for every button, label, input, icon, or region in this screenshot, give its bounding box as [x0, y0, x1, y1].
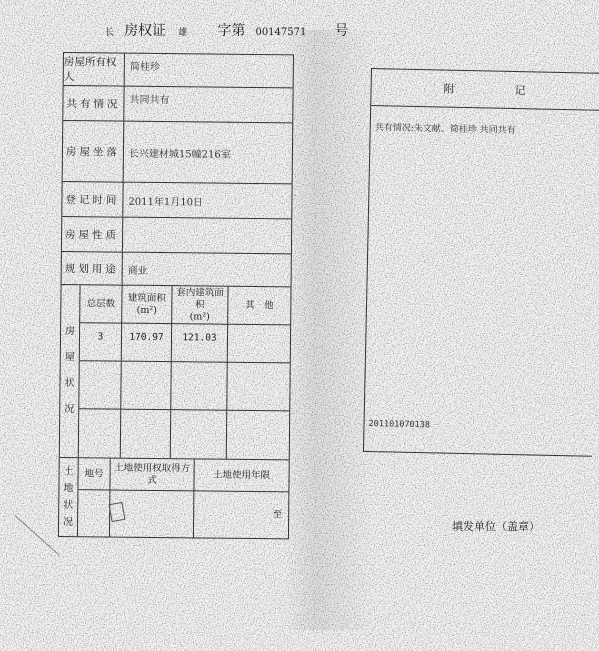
- register-table: 房屋所有权人 简桂珍 共有情况 共同共有 房屋坐落 长兴建材城15幢216室 登…: [58, 52, 294, 539]
- property-nature-value: [123, 218, 291, 254]
- row-planned-use: 规划用途 商业: [62, 252, 291, 287]
- registration-date-value: 2011年1月10日: [123, 183, 291, 219]
- col-land-number: 地号: [78, 458, 110, 490]
- house-status-label: 房 屋 状 况: [60, 285, 81, 457]
- scan-fold-shadow: [285, 30, 375, 630]
- issuer-label: 填发单位（盖章）: [452, 518, 540, 534]
- certificate-number: 00147571: [255, 27, 306, 38]
- col-total-floors: 总层数: [80, 285, 122, 323]
- planned-use-label: 规划用途: [62, 252, 123, 285]
- empty-cell: [227, 411, 289, 460]
- row-property-nature: 房屋性质: [62, 217, 291, 254]
- owner-label: 房屋所有权人: [64, 53, 125, 86]
- land-term-value: 至: [194, 491, 288, 538]
- building-area-value: 170.97: [122, 324, 172, 363]
- header-title: 房权证: [124, 23, 166, 39]
- owner-value: 简桂珍: [125, 54, 293, 88]
- total-floors-value: 3: [80, 323, 122, 361]
- annotation-box: 附 记 共有情况:朱文献、简桂珍 共同共有 201101070138: [363, 68, 599, 457]
- header-number-label: 字第: [217, 23, 245, 39]
- col-inner-area: 套内建筑面积 (m²): [172, 286, 228, 325]
- annotation-header: 附 记: [371, 69, 599, 111]
- property-nature-label: 房屋性质: [62, 217, 123, 252]
- land-status-grid: 地号 土地使用权取得方式 土地使用年限 至: [78, 458, 289, 538]
- col-other: 其 他: [228, 287, 290, 326]
- col-building-area: 建筑面积 (m²): [122, 286, 172, 325]
- empty-cell: [79, 409, 122, 457]
- inner-area-value: 121.03: [172, 324, 228, 363]
- empty-cell: [171, 410, 227, 459]
- scan-mark: [15, 515, 60, 556]
- header-suffix: 号: [335, 23, 349, 39]
- empty-cell: [227, 363, 289, 412]
- location-label: 房屋坐落: [63, 121, 125, 182]
- empty-cell: [121, 362, 171, 411]
- row-co-ownership: 共有情况 共同共有: [63, 86, 292, 123]
- annotation-title-left: 附: [443, 81, 454, 97]
- land-number-value: [78, 490, 110, 536]
- annotation-note: 共有情况:朱文献、简桂珍 共同共有: [371, 106, 599, 138]
- row-owner: 房屋所有权人 简桂珍: [64, 53, 293, 88]
- certificate-header: 长 房权证 雄 字第00147571 号: [105, 20, 349, 40]
- planned-use-value: 商业: [123, 253, 291, 287]
- co-ownership-value: 共同共有: [124, 87, 292, 123]
- other-value: [228, 325, 290, 364]
- header-word: 雄: [178, 28, 187, 38]
- annotation-code: 201101070138: [368, 419, 430, 430]
- row-location: 房屋坐落 长兴建材城15幢216室: [63, 121, 293, 184]
- empty-cell: [121, 410, 171, 459]
- seal-mark: [109, 502, 126, 522]
- house-status-section: 房 屋 状 况 总层数 建筑面积 (m²) 套内建筑面积 (m²) 其 他 3 …: [60, 285, 291, 460]
- co-ownership-label: 共有情况: [63, 86, 124, 121]
- registration-date-label: 登记时间: [62, 182, 123, 217]
- empty-cell: [171, 362, 227, 411]
- col-land-term: 土地使用年限: [194, 459, 288, 492]
- col-land-acquisition: 土地使用权取得方式: [110, 459, 194, 492]
- empty-cell: [79, 361, 122, 409]
- location-value: 长兴建材城15幢216室: [124, 122, 293, 184]
- house-status-grid: 总层数 建筑面积 (m²) 套内建筑面积 (m²) 其 他 3 170.97 1…: [79, 285, 291, 459]
- annotation-title-right: 记: [514, 82, 525, 98]
- land-status-label: 土 地 状 况: [59, 458, 79, 536]
- row-registration-date: 登记时间 2011年1月10日: [62, 182, 291, 219]
- header-prefix: 长: [105, 28, 114, 38]
- land-status-section: 土 地 状 况 地号 土地使用权取得方式 土地使用年限 至: [59, 458, 289, 538]
